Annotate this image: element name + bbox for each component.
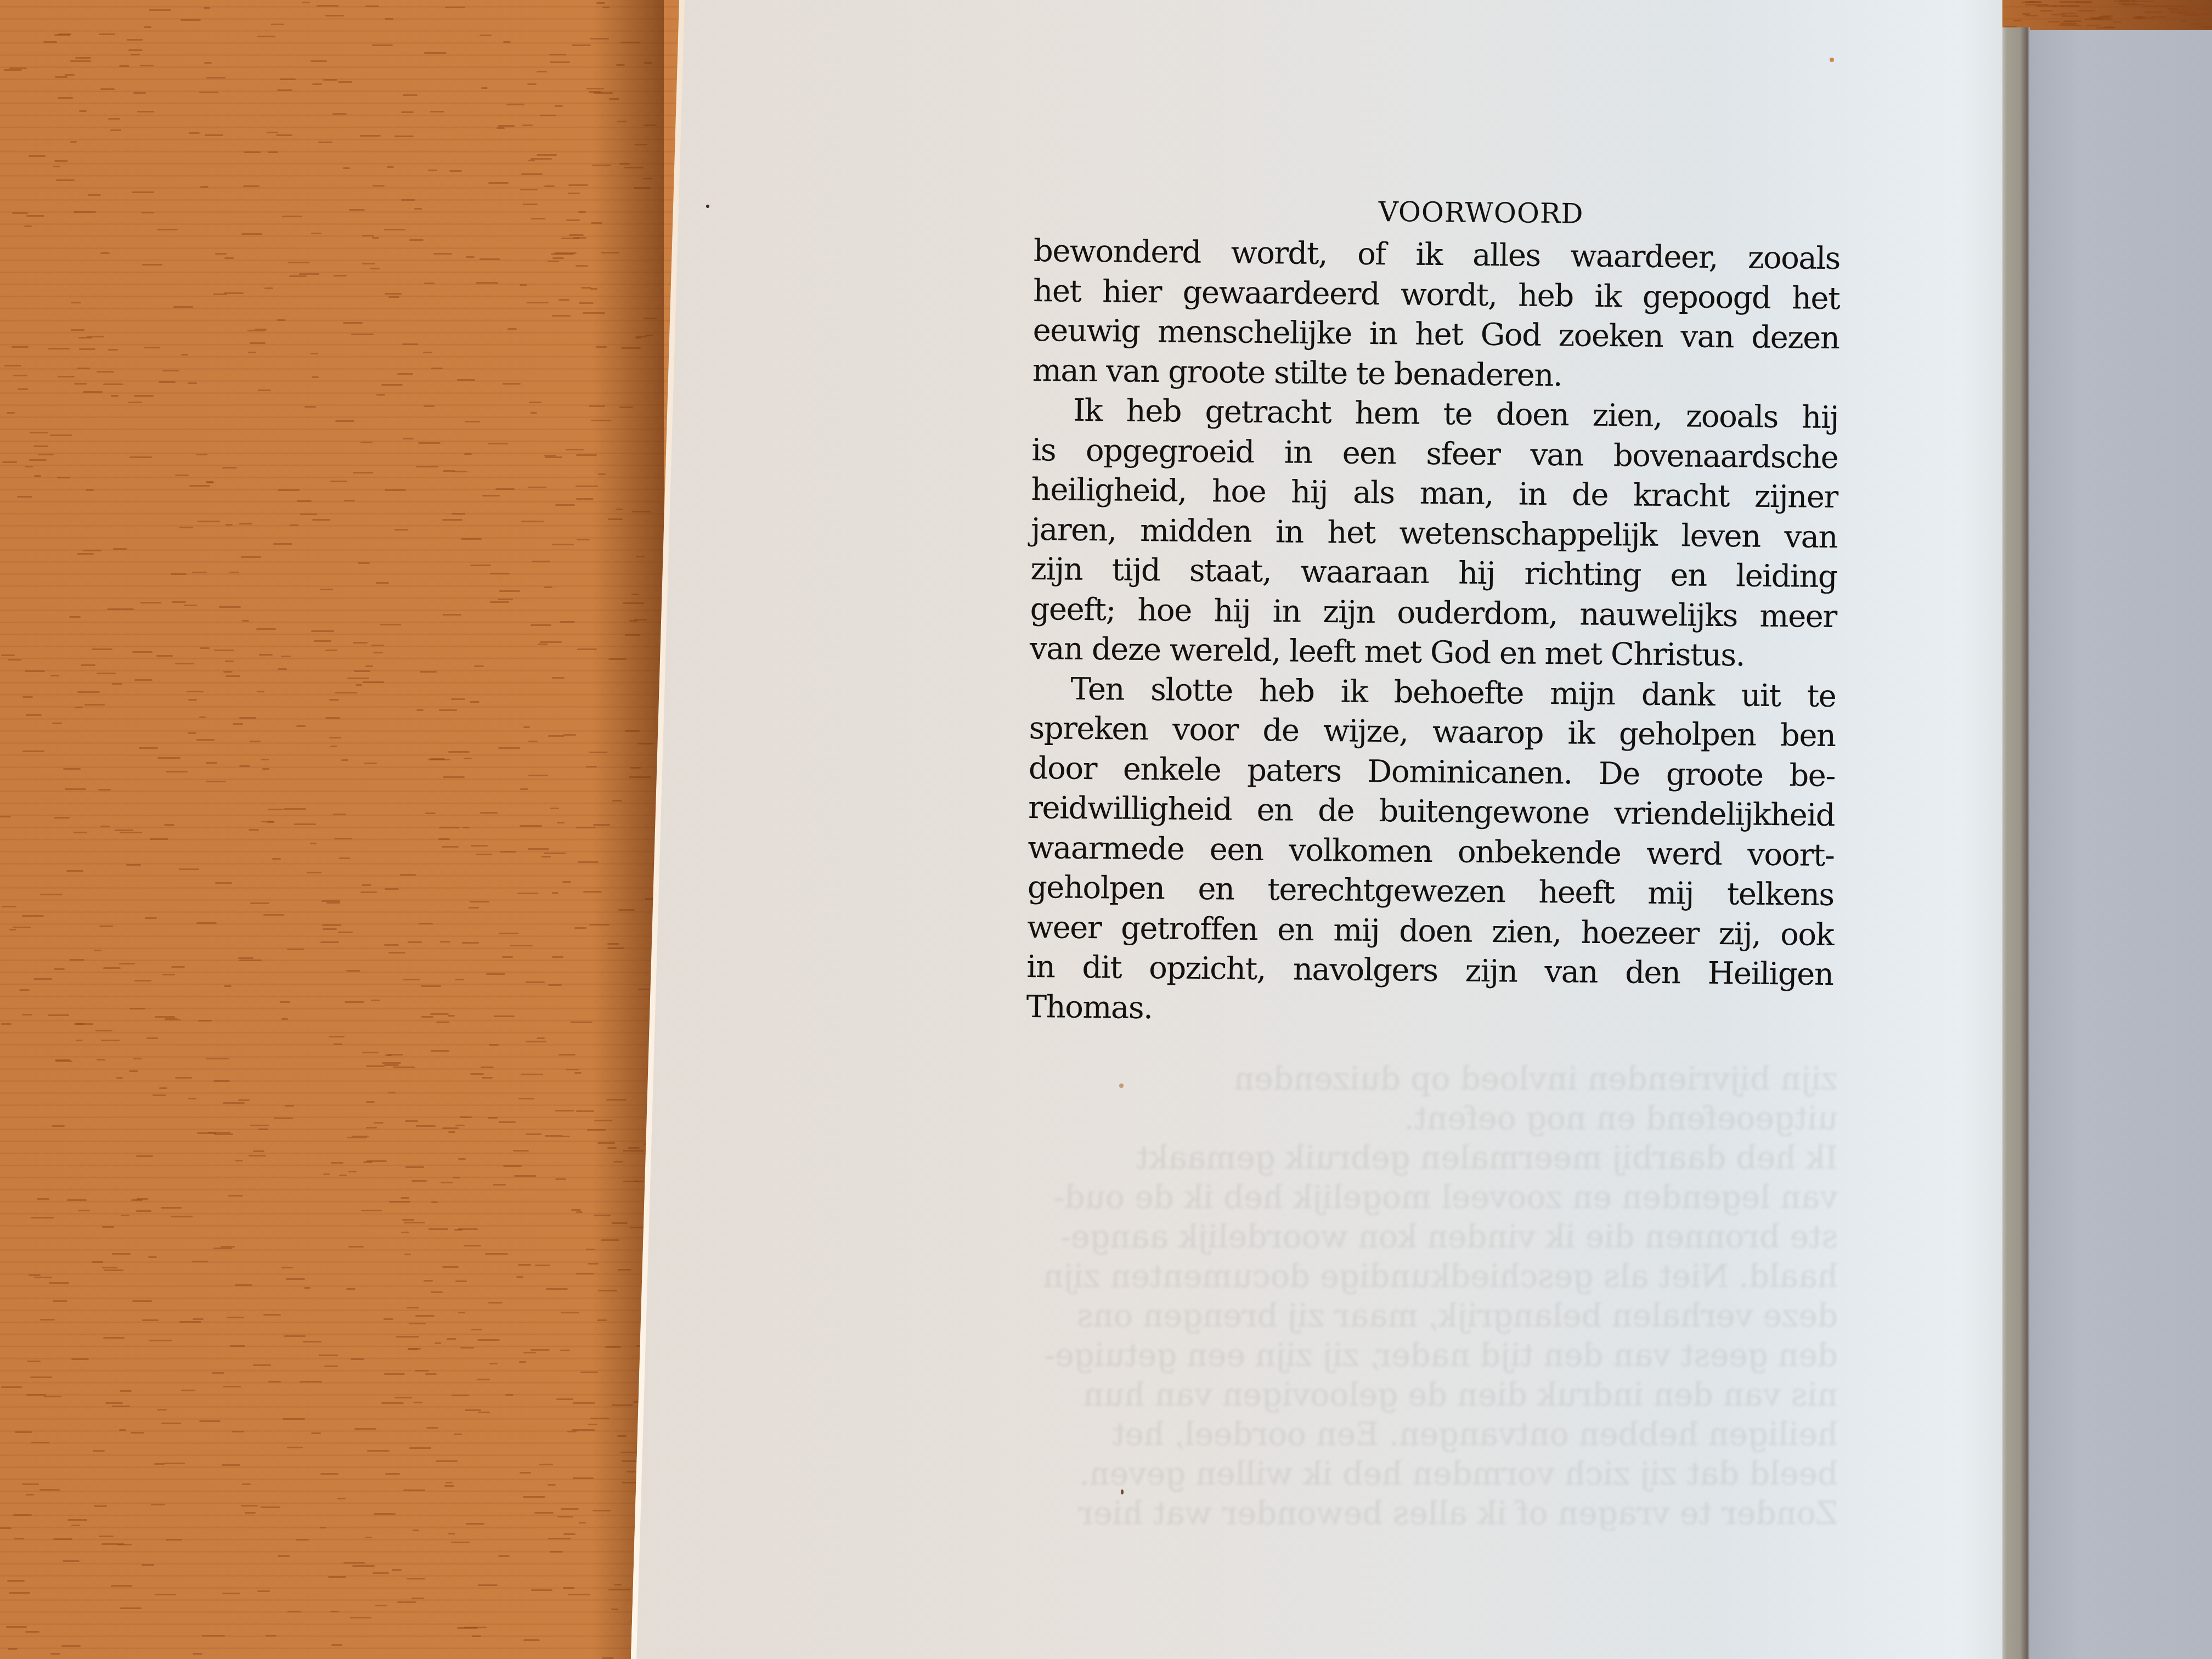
- wood-grain-mark: [243, 185, 259, 187]
- wood-grain-mark: [134, 679, 153, 681]
- wood-grain-mark: [256, 628, 275, 630]
- wood-grain-mark: [2135, 18, 2154, 19]
- wood-grain-mark: [31, 1442, 49, 1443]
- book-cover: [2024, 30, 2212, 1659]
- wood-grain-mark: [393, 1066, 415, 1068]
- wood-grain-mark: [384, 1373, 405, 1375]
- wood-grain-mark: [136, 1210, 151, 1212]
- wood-grain-mark: [281, 656, 291, 657]
- wood-grain-mark: [458, 1228, 478, 1230]
- wood-grain-mark: [366, 1065, 385, 1067]
- wood-grain-mark: [544, 586, 552, 588]
- wood-grain-mark: [257, 1590, 270, 1592]
- wood-grain-mark: [464, 453, 471, 455]
- wood-grain-mark: [405, 1166, 424, 1168]
- wood-grain-mark: [79, 110, 87, 112]
- wood-grain-mark: [332, 113, 347, 115]
- wood-grain-mark: [202, 1635, 225, 1637]
- wood-grain-mark: [563, 1587, 574, 1589]
- text-line: geeft; hoe hij in zijn ouderdom, nauweli…: [1030, 589, 1837, 637]
- wood-grain-mark: [571, 1022, 592, 1023]
- wood-grain-mark: [278, 489, 300, 491]
- wood-grain-mark: [206, 77, 225, 78]
- wood-grain-mark: [418, 442, 441, 444]
- wood-grain-mark: [351, 334, 374, 335]
- wood-grain-mark: [496, 127, 505, 129]
- wood-grain-mark: [408, 941, 421, 943]
- wood-grain-mark: [402, 1219, 414, 1221]
- wood-grain-mark: [323, 79, 337, 81]
- wood-grain-mark: [353, 472, 373, 473]
- wood-grain-mark: [53, 1538, 72, 1540]
- wood-grain-mark: [548, 735, 565, 737]
- wood-grain-mark: [119, 608, 133, 610]
- text-line: door enkele paters Dominicanen. De groot…: [1029, 748, 1836, 796]
- wood-grain-mark: [199, 1420, 221, 1422]
- wood-grain-mark: [502, 956, 513, 958]
- wood-grain-mark: [454, 471, 467, 472]
- wood-grain-mark: [346, 970, 360, 972]
- wood-grain-mark: [425, 812, 435, 814]
- wood-grain-mark: [77, 553, 94, 555]
- wood-grain-mark: [567, 1431, 577, 1432]
- wood-grain-mark: [510, 945, 532, 946]
- wood-grain-mark: [330, 746, 337, 747]
- wood-grain-mark: [171, 573, 186, 575]
- wood-grain-mark: [436, 1022, 449, 1023]
- wood-grain-mark: [493, 1184, 506, 1186]
- wood-grain-mark: [461, 538, 482, 540]
- wood-grain-mark: [263, 1314, 281, 1316]
- wood-grain-mark: [452, 513, 465, 515]
- wood-grain-mark: [552, 956, 563, 958]
- wood-grain-mark: [271, 24, 284, 25]
- text-line: Ten slotte heb ik behoefte mijn dank uit…: [1029, 669, 1836, 716]
- wood-grain-mark: [451, 698, 465, 700]
- wood-grain-mark: [464, 1245, 481, 1246]
- wood-grain-mark: [50, 675, 60, 676]
- wood-grain-mark: [108, 118, 120, 120]
- wood-grain-mark: [157, 1409, 167, 1410]
- wood-grain-mark: [407, 1307, 419, 1308]
- wood-grain-mark: [334, 1043, 342, 1045]
- wood-grain-mark: [311, 353, 318, 354]
- wood-grain-mark: [126, 864, 141, 866]
- wood-grain-mark: [431, 368, 442, 369]
- wood-grain-mark: [561, 238, 580, 239]
- wood-grain-mark: [30, 1376, 52, 1378]
- wood-grain-mark: [401, 111, 414, 113]
- wood-grain-mark: [552, 677, 565, 679]
- wood-grain-mark: [343, 322, 363, 324]
- wood-grain-mark: [311, 630, 334, 632]
- wood-grain-mark: [477, 1379, 490, 1380]
- wood-grain-mark: [248, 352, 256, 353]
- wood-grain-mark: [480, 812, 498, 814]
- wood-grain-mark: [199, 716, 206, 718]
- wood-grain-mark: [481, 87, 488, 89]
- wood-grain-mark: [261, 759, 269, 760]
- wood-grain-mark: [428, 170, 437, 171]
- wood-grain-mark: [165, 1018, 178, 1019]
- wood-grain-mark: [312, 83, 322, 85]
- wood-grain-mark: [29, 459, 47, 461]
- wood-grain-mark: [2, 906, 16, 907]
- wood-grain-mark: [81, 664, 95, 666]
- wood-grain-mark: [187, 691, 204, 692]
- wood-grain-mark: [319, 1355, 338, 1356]
- wood-grain-mark: [384, 1064, 399, 1066]
- wood-grain-mark: [506, 104, 524, 105]
- wood-grain-mark: [560, 621, 575, 623]
- wood-grain-mark: [423, 352, 432, 353]
- wood-grain-mark: [488, 1117, 498, 1119]
- wood-grain-mark: [531, 218, 545, 219]
- wood-grain-mark: [26, 215, 44, 217]
- wood-grain-mark: [102, 1226, 114, 1228]
- wood-grain-mark: [416, 1125, 436, 1127]
- wood-grain-mark: [193, 1653, 203, 1655]
- wood-grain-mark: [65, 74, 75, 76]
- wood-grain-mark: [320, 1527, 326, 1528]
- text-line: weer getroffen en mij doen zien, hoezeer…: [1027, 907, 1834, 955]
- wood-grain-mark: [503, 41, 510, 43]
- wood-grain-mark: [428, 1228, 448, 1230]
- wood-grain-mark: [140, 602, 161, 603]
- wood-grain-mark: [206, 762, 217, 764]
- wood-grain-mark: [470, 901, 489, 902]
- wood-grain-mark: [442, 1266, 459, 1268]
- wood-grain-mark: [407, 1578, 425, 1579]
- wood-grain-mark: [381, 384, 403, 386]
- wood-grain-mark: [103, 967, 121, 969]
- wood-grain-mark: [188, 1098, 196, 1099]
- wood-grain-mark: [523, 204, 538, 205]
- wood-grain-mark: [133, 1058, 142, 1059]
- wood-grain-mark: [439, 709, 457, 711]
- wood-grain-mark: [296, 1539, 309, 1541]
- wood-grain-mark: [540, 641, 561, 643]
- wood-grain-mark: [529, 402, 541, 403]
- wood-grain-mark: [557, 1516, 574, 1517]
- wood-grain-mark: [266, 1635, 276, 1637]
- wood-grain-mark: [258, 1128, 269, 1130]
- wood-grain-mark: [500, 851, 516, 853]
- wood-grain-mark: [139, 747, 158, 749]
- wood-grain-mark: [320, 1473, 338, 1475]
- wood-grain-mark: [478, 1412, 490, 1413]
- wood-grain-mark: [137, 111, 154, 112]
- wood-grain-mark: [457, 379, 475, 381]
- wood-grain-mark: [569, 234, 584, 236]
- wood-grain-mark: [111, 395, 118, 397]
- wood-grain-mark: [464, 758, 471, 759]
- wood-grain-mark: [479, 35, 492, 36]
- wood-grain-mark: [6, 1626, 26, 1628]
- wood-grain-mark: [544, 185, 555, 187]
- wood-grain-mark: [352, 1565, 375, 1567]
- wood-grain-mark: [149, 1340, 172, 1341]
- wood-grain-mark: [281, 1018, 288, 1020]
- wood-grain-mark: [58, 376, 75, 377]
- wood-grain-mark: [522, 125, 532, 126]
- wood-grain-mark: [74, 832, 87, 833]
- wood-grain-mark: [268, 809, 283, 810]
- wood-grain-mark: [67, 1519, 87, 1521]
- wood-grain-mark: [385, 1473, 400, 1475]
- wood-grain-mark: [440, 941, 450, 943]
- wood-grain-mark: [455, 979, 464, 980]
- wood-grain-mark: [550, 808, 558, 809]
- wood-grain-mark: [12, 212, 28, 214]
- wood-grain-mark: [2145, 12, 2163, 13]
- wood-grain-mark: [411, 1180, 427, 1182]
- wood-grain-mark: [472, 1635, 482, 1637]
- wood-grain-mark: [346, 1288, 356, 1290]
- text-line: reidwilligheid en de buitengewone vriend…: [1028, 788, 1835, 836]
- wood-grain-mark: [70, 959, 85, 961]
- wood-grain-mark: [366, 1101, 375, 1103]
- wood-grain-mark: [561, 1312, 579, 1313]
- wood-grain-mark: [388, 1092, 396, 1093]
- wood-grain-mark: [232, 1431, 244, 1432]
- wood-grain-mark: [105, 1402, 123, 1404]
- wood-grain-mark: [455, 1280, 467, 1282]
- wood-grain-mark: [26, 714, 42, 716]
- wood-grain-mark: [488, 443, 508, 444]
- wood-grain-mark: [206, 1058, 229, 1059]
- wood-grain-mark: [263, 914, 284, 916]
- wood-grain-mark: [312, 519, 330, 521]
- wood-grain-mark: [223, 1102, 245, 1104]
- wood-grain-mark: [164, 1463, 185, 1464]
- wood-grain-mark: [241, 556, 261, 558]
- wood-grain-mark: [262, 768, 269, 770]
- text-line: zijn tijd staat, waaraan hij richting en…: [1030, 550, 1837, 597]
- wood-grain-mark: [563, 1533, 575, 1535]
- wood-grain-mark: [179, 527, 194, 528]
- wood-grain-mark: [287, 1447, 303, 1448]
- wood-grain-mark: [442, 519, 462, 521]
- wood-grain-mark: [331, 1644, 342, 1646]
- wood-grain-mark: [107, 608, 119, 610]
- wood-grain-mark: [161, 1207, 182, 1209]
- wood-grain-mark: [58, 97, 72, 99]
- text-line: Ik heb getracht hem te doen zien, zooals…: [1032, 391, 1839, 438]
- wood-grain-mark: [112, 1406, 130, 1407]
- wood-grain-mark: [481, 1066, 493, 1068]
- wood-grain-mark: [274, 1118, 293, 1119]
- wood-grain-mark: [198, 521, 220, 522]
- wood-grain-mark: [239, 717, 256, 719]
- wood-grain-mark: [392, 1569, 402, 1571]
- wood-grain-mark: [527, 83, 536, 85]
- wood-grain-mark: [264, 287, 273, 289]
- wood-grain-mark: [278, 668, 286, 670]
- wood-grain-mark: [573, 1477, 594, 1479]
- wood-grain-mark: [314, 640, 331, 642]
- wood-grain-mark: [363, 1161, 372, 1163]
- wood-grain-mark: [33, 445, 48, 447]
- wood-grain-mark: [403, 94, 418, 96]
- wood-grain-mark: [424, 52, 446, 54]
- wood-grain-mark: [133, 92, 146, 94]
- wood-grain-mark: [131, 54, 140, 55]
- wood-grain-mark: [205, 134, 223, 136]
- wood-grain-mark: [458, 1158, 466, 1160]
- wood-grain-mark: [2025, 4, 2049, 5]
- wood-grain-mark: [537, 71, 547, 72]
- text-line: eeuwig menschelijke in het God zoeken va…: [1032, 311, 1839, 359]
- wood-grain-mark: [284, 1335, 306, 1337]
- wood-grain-mark: [175, 663, 194, 664]
- wood-grain-mark: [179, 1321, 201, 1323]
- wood-grain-mark: [134, 980, 152, 981]
- wood-grain-mark: [494, 1015, 515, 1017]
- wood-grain-mark: [443, 776, 465, 778]
- wood-grain-mark: [108, 349, 118, 351]
- wood-grain-mark: [238, 1099, 250, 1101]
- wood-grain-mark: [223, 671, 233, 673]
- wood-grain-mark: [442, 846, 459, 848]
- wood-grain-mark: [465, 1409, 481, 1411]
- body-text: bewonderd wordt, of ik alles waardeer, z…: [1026, 232, 1840, 1035]
- wood-grain-mark: [376, 582, 389, 584]
- wood-grain-mark: [338, 81, 352, 83]
- wood-grain-mark: [334, 275, 347, 276]
- wood-grain-mark: [556, 1398, 573, 1400]
- wood-grain-mark: [537, 154, 557, 156]
- wood-grain-mark: [555, 1178, 566, 1180]
- wood-grain-mark: [2177, 13, 2197, 14]
- wood-grain-mark: [225, 524, 233, 526]
- wood-grain-mark: [520, 189, 537, 190]
- wood-grain-mark: [22, 751, 44, 752]
- wood-grain-mark: [362, 1052, 379, 1053]
- wood-grain-mark: [276, 319, 285, 321]
- wood-grain-mark: [409, 1447, 431, 1449]
- wood-grain-mark: [229, 572, 239, 573]
- wood-grain-mark: [267, 132, 278, 133]
- wood-grain-mark: [527, 302, 548, 303]
- wood-grain-mark: [2086, 25, 2101, 26]
- paragraph: Ten slotte heb ik behoefte mijn dank uit…: [1026, 669, 1836, 1035]
- wood-grain-mark: [70, 141, 77, 143]
- wood-grain-mark: [241, 1505, 258, 1506]
- wood-grain-mark: [465, 421, 480, 422]
- wood-grain-mark: [531, 1349, 550, 1351]
- wood-grain-mark: [303, 1341, 321, 1342]
- wood-grain-mark: [445, 1482, 453, 1483]
- wood-grain-mark: [136, 1155, 153, 1157]
- wood-grain-mark: [171, 966, 185, 968]
- wood-grain-mark: [137, 1198, 148, 1200]
- wood-grain-mark: [439, 827, 460, 828]
- wood-grain-mark: [282, 216, 302, 217]
- wood-grain-mark: [74, 383, 87, 385]
- wood-grain-mark: [235, 1284, 252, 1286]
- wood-grain-mark: [448, 1533, 455, 1534]
- wood-grain-mark: [242, 1483, 251, 1485]
- wood-grain-mark: [550, 61, 570, 63]
- wood-grain-mark: [2059, 1, 2079, 3]
- wood-grain-mark: [568, 193, 579, 194]
- wood-grain-mark: [115, 830, 133, 831]
- wood-grain-mark: [280, 1001, 291, 1003]
- wood-grain-mark: [548, 1538, 571, 1539]
- wood-grain-mark: [555, 1110, 574, 1111]
- text-line: man van groote stilte te benaderen.: [1032, 351, 1839, 398]
- wood-grain-mark: [430, 1013, 449, 1015]
- wood-grain-mark: [225, 675, 240, 677]
- wood-grain-mark: [222, 1593, 240, 1594]
- wood-grain-mark: [448, 1015, 454, 1017]
- wood-grain-mark: [347, 1137, 367, 1138]
- wood-grain-mark: [235, 1160, 244, 1161]
- wood-grain-mark: [538, 644, 548, 645]
- wood-grain-mark: [153, 1094, 166, 1096]
- wood-grain-mark: [119, 65, 129, 67]
- wood-grain-mark: [55, 1060, 72, 1062]
- wood-grain-mark: [2078, 10, 2095, 12]
- wood-grain-mark: [189, 132, 200, 134]
- wood-grain-mark: [2029, 1, 2042, 3]
- wood-grain-mark: [555, 504, 575, 506]
- wood-grain-mark: [250, 902, 269, 904]
- wood-grain-mark: [2122, 4, 2145, 5]
- wood-grain-mark: [56, 179, 75, 181]
- wood-grain-mark: [200, 186, 208, 188]
- wood-grain-mark: [277, 89, 292, 91]
- wood-grain-mark: [113, 548, 126, 550]
- text-line: van deze wereld, leeft met God en met Ch…: [1030, 629, 1837, 677]
- wood-grain-mark: [67, 1199, 87, 1201]
- wood-grain-mark: [175, 1077, 192, 1079]
- wood-grain-mark: [414, 208, 422, 210]
- wood-grain-mark: [311, 60, 327, 62]
- wood-grain-mark: [7, 412, 14, 414]
- wood-grain-mark: [329, 737, 341, 738]
- wood-grain-mark: [476, 282, 498, 284]
- wood-grain-mark: [300, 513, 317, 515]
- wood-grain-mark: [403, 438, 414, 439]
- wood-grain-mark: [2051, 14, 2066, 15]
- wood-grain-mark: [523, 1496, 545, 1498]
- wood-grain-mark: [375, 1605, 387, 1606]
- wood-grain-mark: [156, 655, 173, 657]
- wood-grain-mark: [14, 1538, 24, 1539]
- wood-grain-mark: [99, 926, 113, 927]
- wood-grain-mark: [438, 838, 450, 840]
- wood-grain-mark: [325, 650, 337, 651]
- wood-grain-mark: [294, 823, 316, 825]
- wood-grain-mark: [470, 1073, 484, 1075]
- wood-grain-mark: [445, 7, 465, 8]
- wood-grain-mark: [499, 933, 518, 934]
- wood-grain-mark: [516, 1276, 523, 1278]
- wood-grain-mark: [520, 1472, 531, 1474]
- wood-grain-mark: [385, 489, 406, 491]
- wood-grain-mark: [421, 985, 441, 987]
- wood-grain-mark: [151, 1504, 165, 1505]
- wood-grain-mark: [26, 1394, 46, 1396]
- wood-grain-mark: [61, 1645, 81, 1647]
- wood-grain-mark: [428, 759, 450, 760]
- wood-grain-mark: [94, 950, 101, 951]
- wood-grain-mark: [365, 5, 379, 7]
- wood-grain-mark: [451, 1542, 470, 1543]
- wood-grain-mark: [166, 771, 188, 772]
